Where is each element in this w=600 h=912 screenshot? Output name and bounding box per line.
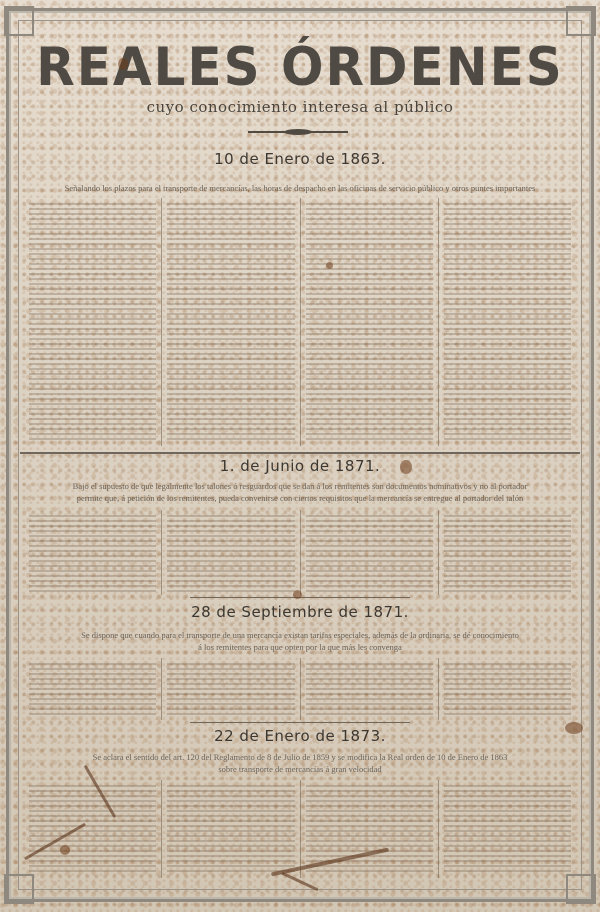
section-divider (190, 722, 410, 723)
text-column (301, 198, 439, 446)
text-column (162, 658, 300, 720)
section-body-1873 (24, 780, 576, 878)
section-body-1871-june (24, 510, 576, 595)
document-title: REALES ÓRDENES (0, 37, 600, 98)
section-summary-1871-june-line2: permite que, á petición de los remitente… (28, 493, 572, 504)
corner-ornament-top-left (4, 6, 34, 36)
section-divider (20, 452, 580, 454)
document-subtitle: cuyo conocimiento interesa al público (0, 98, 600, 116)
text-column (162, 510, 300, 595)
text-column (24, 658, 162, 720)
section-date-1863: 10 de Enero de 1863. (0, 150, 600, 168)
rust-spot (118, 58, 128, 70)
section-summary-1871-june-line1: Bajo el supuesto de que legalmente los t… (28, 481, 572, 492)
rust-spot (60, 845, 70, 855)
text-column (24, 198, 162, 446)
section-summary-1873-line2: sobre transporte de mercancías á gran ve… (28, 764, 572, 775)
section-body-1863 (24, 198, 576, 446)
section-date-1873: 22 de Enero de 1873. (0, 727, 600, 745)
rust-spot (565, 722, 583, 734)
rust-spot (293, 590, 302, 599)
corner-ornament-top-right (566, 6, 596, 36)
section-body-1871-september (24, 658, 576, 720)
text-column (301, 658, 439, 720)
text-column (24, 780, 162, 878)
rust-spot (400, 460, 412, 474)
section-summary-1871-september-line1: Se dispone que cuando para el transporte… (28, 630, 572, 641)
text-column (162, 780, 300, 878)
text-column (439, 198, 576, 446)
metal-sign-plate: REALES ÓRDENES cuyo conocimiento interes… (0, 0, 600, 912)
text-column (439, 780, 576, 878)
corner-ornament-bottom-right (566, 874, 596, 904)
section-summary-1863: Señalando los plazos para el transporte … (28, 183, 572, 194)
rust-spot (326, 262, 333, 269)
text-column (439, 658, 576, 720)
corner-ornament-bottom-left (4, 874, 34, 904)
ornamental-rule (248, 131, 348, 133)
section-summary-1873-line1: Se aclara el sentido del art. 120 del Re… (28, 752, 572, 763)
text-column (24, 510, 162, 595)
text-column (439, 510, 576, 595)
text-column (162, 198, 300, 446)
section-summary-1871-september-line2: á los remitentes para que opten por la q… (28, 642, 572, 653)
text-column (301, 510, 439, 595)
section-date-1871-september: 28 de Septiembre de 1871. (0, 603, 600, 621)
section-date-1871-june: 1. de Junio de 1871. (0, 457, 600, 475)
